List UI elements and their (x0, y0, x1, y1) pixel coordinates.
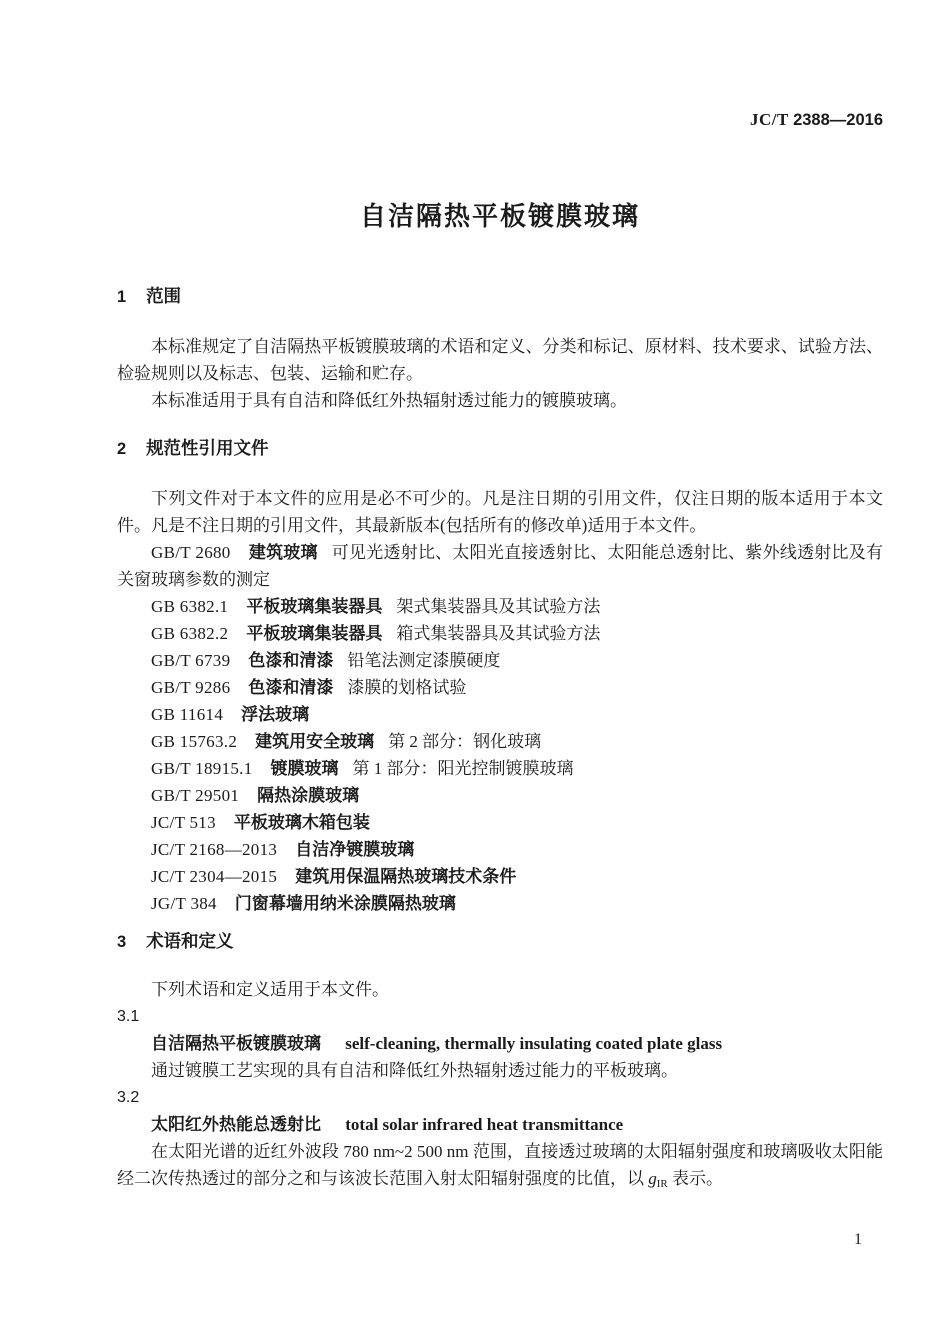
section-1-number: 1 (117, 288, 126, 306)
reference-subtitle: 铅笔法测定漆膜硬度 (347, 651, 500, 670)
reference-item: GB/T 6739色漆和清漆铅笔法测定漆膜硬度 (117, 647, 883, 674)
reference-item: JC/T 2168—2013自洁净镀膜玻璃 (117, 836, 883, 863)
reference-title: 色漆和清漆 (248, 651, 333, 670)
reference-item: JC/T 513平板玻璃木箱包装 (117, 809, 883, 836)
reference-subtitle: 架式集装器具及其试验方法 (396, 597, 600, 616)
document-page: JC/T 2388—2016 自洁隔热平板镀膜玻璃 1 范围 本标准规定了自洁隔… (0, 0, 950, 1344)
reference-title: 自洁净镀膜玻璃 (295, 840, 414, 859)
reference-item: GB 11614浮法玻璃 (117, 701, 883, 728)
reference-item: GB/T 9286色漆和清漆漆膜的划格试验 (117, 674, 883, 701)
reference-code: GB/T 6739 (151, 651, 230, 670)
term-definition-3-2: 在太阳光谱的近红外波段 780 nm~2 500 nm 范围，直接透过玻璃的太阳… (117, 1138, 883, 1198)
reference-code: GB/T 29501 (151, 786, 239, 805)
reference-code: JC/T 2168—2013 (151, 840, 277, 859)
terms-intro: 下列术语和定义适用于本文件。 (117, 976, 883, 1003)
document-title: 自洁隔热平板镀膜玻璃 (117, 199, 883, 233)
reference-item: GB/T 29501隔热涂膜玻璃 (117, 782, 883, 809)
reference-title: 平板玻璃集装器具 (246, 624, 382, 643)
reference-code: GB/T 2680 (151, 543, 231, 562)
section-1-title: 范围 (146, 286, 181, 306)
reference-code: GB 15763.2 (151, 732, 237, 751)
section-3-heading: 3 术语和定义 (117, 929, 883, 954)
reference-subtitle: 第 1 部分：阳光控制镀膜玻璃 (353, 759, 574, 778)
standard-code: JC/T 2388—2016 (117, 110, 883, 130)
reference-code: JG/T 384 (151, 894, 217, 913)
page-number: 1 (854, 1230, 862, 1250)
reference-code: GB/T 18915.1 (151, 759, 253, 778)
reference-title: 门窗幕墙用纳米涂膜隔热玻璃 (235, 894, 456, 913)
section-1-heading: 1 范围 (117, 284, 883, 309)
section-2-title: 规范性引用文件 (146, 438, 269, 458)
reference-title: 平板玻璃木箱包装 (234, 813, 370, 832)
term-heading-3-2: 太阳红外热能总透射比 total solar infrared heat tra… (117, 1111, 883, 1138)
reference-item: GB/T 2680建筑玻璃可见光透射比、太阳光直接透射比、太阳能总透射比、紫外线… (117, 539, 883, 593)
section-2-number: 2 (117, 440, 126, 458)
term-definition-3-1: 通过镀膜工艺实现的具有自洁和降低红外热辐射透过能力的平板玻璃。 (117, 1057, 883, 1084)
reference-item: GB/T 18915.1镀膜玻璃第 1 部分：阳光控制镀膜玻璃 (117, 755, 883, 782)
reference-item: GB 6382.1平板玻璃集装器具架式集装器具及其试验方法 (117, 593, 883, 620)
definition-text: 表示。 (668, 1169, 723, 1188)
term-number-3-2: 3.2 (117, 1084, 883, 1111)
definition-text: 在太阳光谱的近红外波段 780 nm~2 500 nm 范围，直接透过玻璃的太阳… (117, 1142, 883, 1188)
section-2-heading: 2 规范性引用文件 (117, 436, 883, 461)
reference-subtitle: 可见光透射比、太阳光直接透射比、太阳能总透射比、紫外线透射比及有关窗玻璃参数的测… (117, 543, 883, 589)
reference-subtitle: 箱式集装器具及其试验方法 (396, 624, 600, 643)
reference-title: 镀膜玻璃 (271, 759, 339, 778)
standard-code-prefix: JC/T (750, 110, 789, 129)
term-number-3-1: 3.1 (117, 1003, 883, 1030)
reference-title: 建筑玻璃 (249, 543, 318, 562)
reference-item: JC/T 2304—2015建筑用保温隔热玻璃技术条件 (117, 863, 883, 890)
term-name-zh: 自洁隔热平板镀膜玻璃 (151, 1034, 321, 1053)
section-3-number: 3 (117, 933, 126, 951)
symbol-subscript-ir: IR (657, 1178, 668, 1190)
normative-references-intro: 下列文件对于本文件的应用是必不可少的。凡是注日期的引用文件，仅注日期的版本适用于… (117, 485, 883, 539)
reference-item: GB 6382.2平板玻璃集装器具箱式集装器具及其试验方法 (117, 620, 883, 647)
scope-paragraph-1: 本标准规定了自洁隔热平板镀膜玻璃的术语和定义、分类和标记、原材料、技术要求、试验… (117, 333, 883, 387)
reference-code: JC/T 2304—2015 (151, 867, 277, 886)
scope-paragraph-2: 本标准适用于具有自洁和降低红外热辐射透过能力的镀膜玻璃。 (117, 387, 883, 414)
symbol-g: g (648, 1169, 657, 1188)
reference-title: 平板玻璃集装器具 (246, 597, 382, 616)
reference-subtitle: 漆膜的划格试验 (347, 678, 466, 697)
reference-title: 建筑用保温隔热玻璃技术条件 (295, 867, 516, 886)
reference-code: GB 11614 (151, 705, 223, 724)
reference-title: 隔热涂膜玻璃 (257, 786, 359, 805)
reference-title: 色漆和清漆 (248, 678, 333, 697)
term-name-en: self-cleaning, thermally insulating coat… (345, 1034, 722, 1053)
page-content: JC/T 2388—2016 自洁隔热平板镀膜玻璃 1 范围 本标准规定了自洁隔… (0, 0, 950, 1198)
reference-item: JG/T 384门窗幕墙用纳米涂膜隔热玻璃 (117, 890, 883, 917)
reference-code: GB 6382.2 (151, 624, 228, 643)
term-name-en: total solar infrared heat transmittance (345, 1115, 623, 1134)
reference-item: GB 15763.2建筑用安全玻璃第 2 部分：钢化玻璃 (117, 728, 883, 755)
standard-code-number: 2388—2016 (793, 111, 883, 129)
reference-code: GB 6382.1 (151, 597, 228, 616)
normative-references-list: GB/T 2680建筑玻璃可见光透射比、太阳光直接透射比、太阳能总透射比、紫外线… (117, 539, 883, 917)
term-heading-3-1: 自洁隔热平板镀膜玻璃 self-cleaning, thermally insu… (117, 1030, 883, 1057)
term-name-zh: 太阳红外热能总透射比 (151, 1115, 321, 1134)
reference-code: GB/T 9286 (151, 678, 230, 697)
reference-title: 浮法玻璃 (241, 705, 309, 724)
reference-title: 建筑用安全玻璃 (255, 732, 374, 751)
section-3-title: 术语和定义 (146, 931, 234, 951)
reference-subtitle: 第 2 部分：钢化玻璃 (388, 732, 541, 751)
reference-code: JC/T 513 (151, 813, 216, 832)
